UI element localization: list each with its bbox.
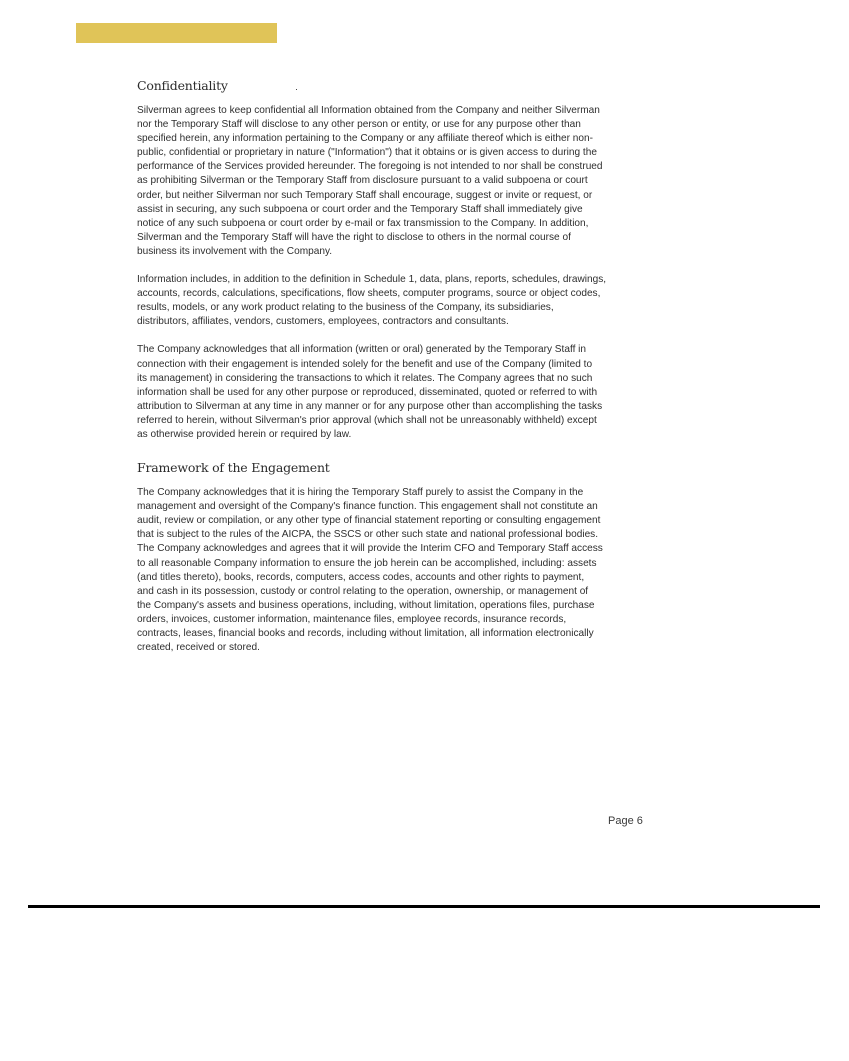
section-framework-of-engagement: Framework of the Engagement The Company …: [136, 460, 651, 655]
header-accent-bar: [76, 23, 277, 43]
paragraph: Information includes, in addition to the…: [137, 273, 651, 329]
section-heading: Framework of the Engagement: [137, 460, 651, 475]
paragraph: The Company acknowledges that all inform…: [137, 343, 651, 442]
document-body: Confidentiality Silverman agrees to keep…: [136, 78, 651, 669]
paragraph: The Company acknowledges that it is hiri…: [137, 486, 651, 655]
section-heading: Confidentiality: [137, 78, 651, 93]
page-divider-rule: [28, 905, 820, 908]
page-number: Page 6: [608, 815, 643, 827]
section-confidentiality: Confidentiality Silverman agrees to keep…: [136, 78, 651, 442]
paragraph: Silverman agrees to keep confidential al…: [137, 104, 651, 259]
